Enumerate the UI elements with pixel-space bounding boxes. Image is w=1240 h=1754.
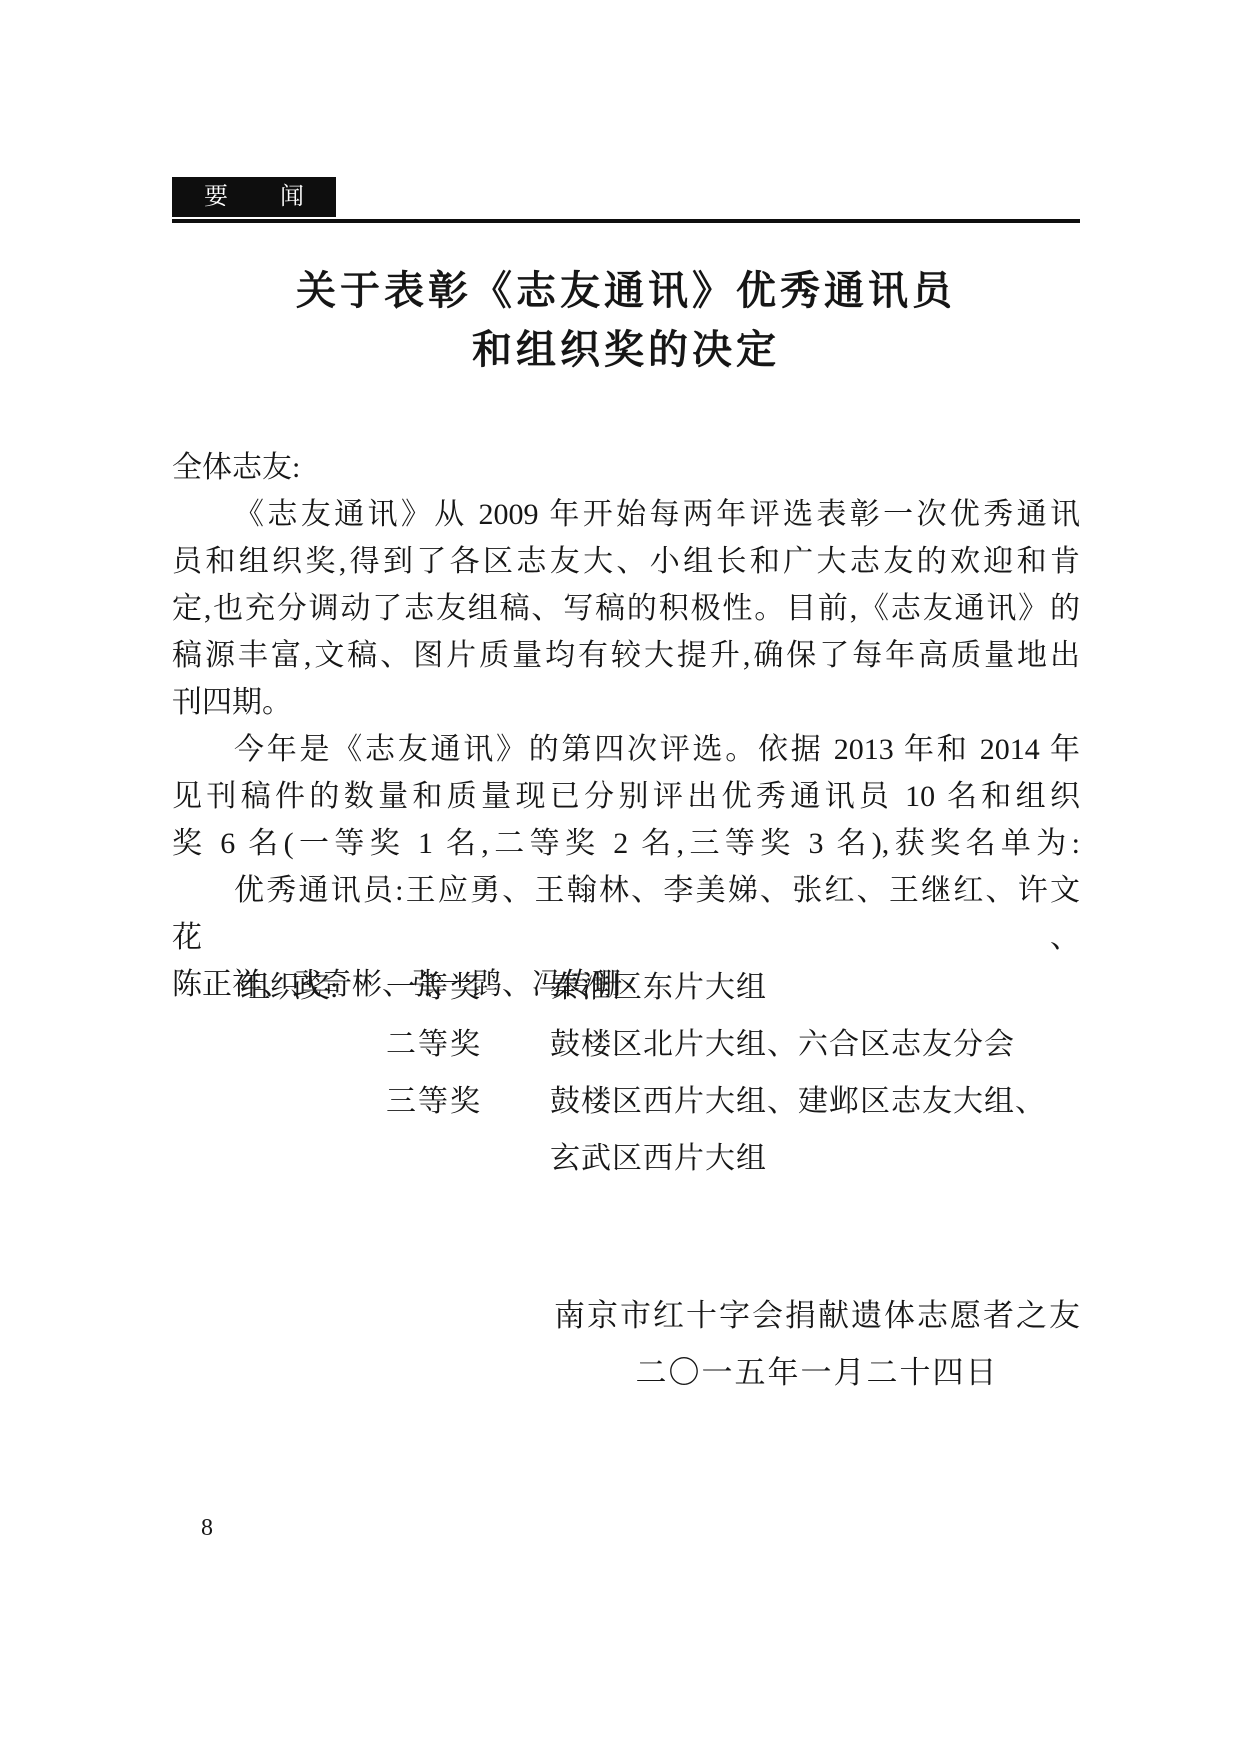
body-line: 奖 6 名(一等奖 1 名,二等奖 2 名,三等奖 3 名),获奖名单为: — [172, 820, 1080, 867]
document-body: 全体志友: 《志友通讯》从 2009 年开始每两年评选表彰一次优秀通讯 员和组织… — [172, 444, 1080, 1008]
page-number: 8 — [201, 1512, 213, 1544]
signature-organization: 南京市红十字会捐献遗体志愿者之友 — [554, 1287, 1080, 1344]
document-title-line2: 和组织奖的决定 — [172, 321, 1080, 380]
award-rank: 三等奖 — [386, 1073, 482, 1130]
body-line: 定,也充分调动了志友组稿、写稿的积极性。目前,《志友通讯》的 — [172, 585, 1080, 632]
body-line: 今年是《志友通讯》的第四次评选。依据 2013 年和 2014 年 — [172, 726, 1080, 773]
body-line: 《志友通讯》从 2009 年开始每两年评选表彰一次优秀通讯 — [172, 491, 1080, 538]
body-line: 稿源丰富,文稿、图片质量均有较大提升,确保了每年高质量地出 — [172, 632, 1080, 679]
award-recipients: 秦淮区东片大组 — [550, 959, 767, 1016]
body-line: 优秀通讯员:王应勇、王翰林、李美娣、张红、王继红、许文花、 — [172, 867, 1080, 961]
document-page: 要 闻 关于表彰《志友通讯》优秀通讯员 和组织奖的决定 全体志友: 《志友通讯》… — [0, 0, 1240, 1754]
award-recipients: 玄武区西片大组 — [550, 1130, 767, 1187]
award-recipients: 鼓楼区西片大组、建邺区志友大组、 — [550, 1073, 1046, 1130]
document-title-line1: 关于表彰《志友通讯》优秀通讯员 — [172, 262, 1080, 321]
document-title: 关于表彰《志友通讯》优秀通讯员 和组织奖的决定 — [172, 262, 1080, 380]
body-line: 员和组织奖,得到了各区志友大、小组长和广大志友的欢迎和肯 — [172, 538, 1080, 585]
award-rank: 一等奖 — [386, 959, 482, 1016]
body-line: 刊四期。 — [172, 679, 1080, 726]
award-row: 二等奖 鼓楼区北片大组、六合区志友分会 — [172, 1016, 1080, 1073]
awards-section: 组织奖: 一等奖 秦淮区东片大组 二等奖 鼓楼区北片大组、六合区志友分会 三等奖… — [172, 959, 1080, 1187]
award-rank: 二等奖 — [386, 1016, 482, 1073]
greeting-line: 全体志友: — [172, 444, 1080, 491]
awards-heading: 组织奖: — [240, 959, 338, 1016]
header-rule — [172, 219, 1080, 223]
section-badge: 要 闻 — [172, 177, 336, 217]
award-recipients: 鼓楼区北片大组、六合区志友分会 — [550, 1016, 1015, 1073]
award-row: 组织奖: 一等奖 秦淮区东片大组 — [172, 959, 1080, 1016]
award-row: 玄武区西片大组 — [172, 1130, 1080, 1187]
signature-date: 二〇一五年一月二十四日 — [554, 1344, 1080, 1401]
body-line: 见刊稿件的数量和质量现已分别评出优秀通讯员 10 名和组织 — [172, 773, 1080, 820]
section-badge-label: 要 闻 — [204, 183, 318, 210]
award-row: 三等奖 鼓楼区西片大组、建邺区志友大组、 — [172, 1073, 1080, 1130]
signature-block: 南京市红十字会捐献遗体志愿者之友 二〇一五年一月二十四日 — [554, 1287, 1080, 1401]
